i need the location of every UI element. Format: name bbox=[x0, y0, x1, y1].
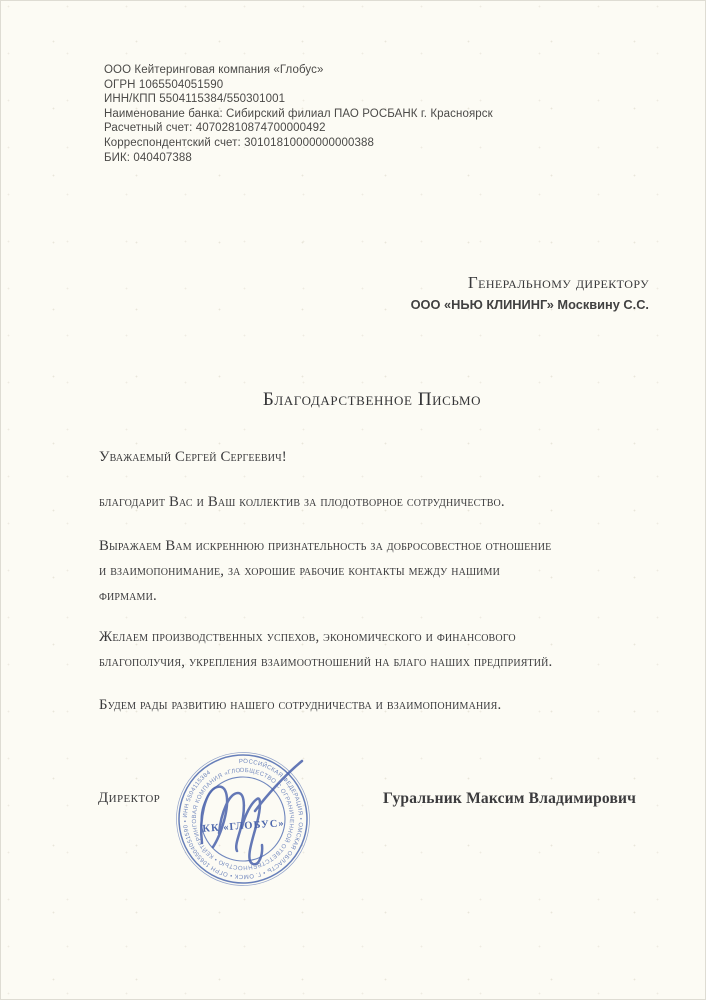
greeting-line: Уважаемый Сергей Сергеевич! bbox=[99, 445, 287, 470]
paragraph-line: Желаем производственных успехов, экономи… bbox=[99, 625, 679, 650]
paragraph-closing: Будем рады развитию нашего сотрудничеств… bbox=[99, 693, 501, 718]
bank-name-line: Наименование банка: Сибирский филиал ПАО… bbox=[104, 107, 493, 122]
correspondent-account-line: Корреспондентский счет: 3010181000000000… bbox=[104, 136, 493, 151]
paragraph-line: благодарит Вас и Ваш коллектив за плодот… bbox=[99, 490, 505, 515]
paragraph-line: Будем рады развитию нашего сотрудничеств… bbox=[99, 693, 501, 718]
paragraph-line: Выражаем Вам искреннюю признательность з… bbox=[99, 534, 679, 559]
scanned-letter-page: ООО Кейтеринговая компания «Глобус» ОГРН… bbox=[0, 0, 706, 1000]
document-title: Благодарственное Письмо bbox=[1, 389, 705, 411]
ogrn-line: ОГРН 1065504051590 bbox=[104, 78, 493, 93]
settlement-account-line: Расчетный счет: 40702810874700000492 bbox=[104, 121, 493, 136]
signer-full-name: Гуральник Максим Владимирович bbox=[383, 790, 636, 808]
stamp-inner-ring-text: ОБЩЕСТВО С ОГРАНИЧЕННОЙ ОТВЕТСТВЕННОСТЬЮ… bbox=[147, 741, 297, 877]
paragraph-gratitude: благодарит Вас и Ваш коллектив за плодот… bbox=[99, 490, 505, 515]
bik-line: БИК: 040407388 bbox=[104, 151, 493, 166]
paragraph-appreciation: Выражаем Вам искреннюю признательность з… bbox=[99, 534, 679, 610]
company-stamp: РОССИЙСКАЯ ФЕДЕРАЦИЯ • ОМСКАЯ ОБЛАСТЬ • … bbox=[147, 741, 347, 911]
company-name-line: ООО Кейтеринговая компания «Глобус» bbox=[104, 63, 493, 78]
stamp-inner-ring-text-holder: ОБЩЕСТВО С ОГРАНИЧЕННОЙ ОТВЕТСТВЕННОСТЬЮ… bbox=[147, 741, 297, 877]
company-requisites-block: ООО Кейтеринговая компания «Глобус» ОГРН… bbox=[104, 63, 493, 165]
addressee-block: Генеральному директору ООО «НЬЮ КЛИНИНГ»… bbox=[411, 273, 649, 312]
paragraph-line: фирмами. bbox=[99, 584, 679, 609]
inn-kpp-line: ИНН/КПП 5504115384/550301001 bbox=[104, 92, 493, 107]
addressee-company-name: ООО «НЬЮ КЛИНИНГ» Москвину С.С. bbox=[411, 297, 649, 312]
stamp-graphic: РОССИЙСКАЯ ФЕДЕРАЦИЯ • ОМСКАЯ ОБЛАСТЬ • … bbox=[147, 741, 347, 911]
paragraph-line: и взаимопонимание, за хорошие рабочие ко… bbox=[99, 559, 679, 584]
addressee-position: Генеральному директору bbox=[411, 273, 649, 293]
paragraph-wishes: Желаем производственных успехов, экономи… bbox=[99, 625, 679, 675]
paragraph-line: благополучия, укрепления взаимоотношений… bbox=[99, 650, 679, 675]
